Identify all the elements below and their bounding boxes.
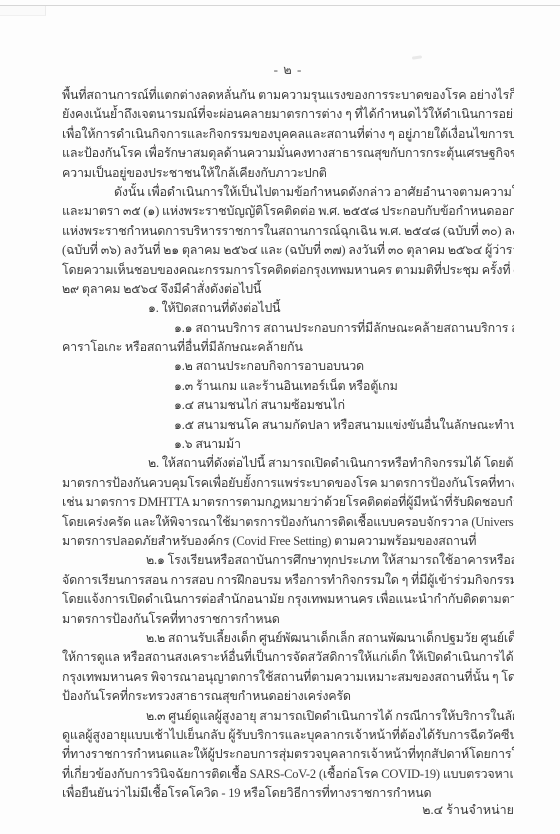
text-line: (ฉบับที่ ๓๖) ลงวันที่ ๒๑ ตุลาคม ๒๕๖๔ และ…	[62, 241, 514, 260]
page-body: - ๒ - พื้นที่สถานการณ์ที่แตกต่างลดหลั่นก…	[62, 60, 514, 803]
text-line: มาตรการป้องกันควบคุมโรคเพื่อยับยั้งการแพ…	[62, 474, 514, 493]
document-page: - ๒ - พื้นที่สถานการณ์ที่แตกต่างลดหลั่นก…	[0, 0, 560, 834]
item-2-2-continued: ให้การดูแล หรือสถานสงเคราะห์อื่นที่เป็นก…	[62, 648, 514, 667]
item-2-3: ๒.๓ ศูนย์ดูแลผู้สูงอายุ สามารถเปิดดำเนิน…	[62, 707, 514, 726]
text-line: และป้องกันโรค เพื่อรักษาสมดุลด้านความมั่…	[62, 144, 514, 163]
item-2-3-continued: ดูแลผู้สูงอายุแบบเช้าไปเย็นกลับ ผู้รับบร…	[62, 726, 514, 745]
item-2-1: ๒.๑ โรงเรียนหรือสถาบันการศึกษาทุกประเภท …	[62, 551, 514, 570]
catchword-next-section: ๒.๔ ร้านจำหน่าย	[62, 800, 514, 820]
item-2-3-continued: ที่เกี่ยวข้องกับการวินิจฉัยการติดเชื้อ S…	[62, 765, 514, 784]
item-1-1-continued: คาราโอเกะ หรือสถานที่อื่นที่มีลักษณะคล้า…	[62, 338, 514, 357]
section-1-heading: ๑. ให้ปิดสถานที่ดังต่อไปนี้	[62, 299, 514, 318]
text-line: พื้นที่สถานการณ์ที่แตกต่างลดหลั่นกัน ตาม…	[62, 86, 514, 105]
text-line: โดยเคร่งครัด และให้พิจารณาใช้มาตรการป้อง…	[62, 513, 514, 532]
item-2-3-continued: ที่ทางราชการกำหนดและให้ผู้ประกอบการสุ่มต…	[62, 745, 514, 764]
item-2-2: ๒.๒ สถานรับเลี้ยงเด็ก ศูนย์พัฒนาเด็กเล็ก…	[62, 629, 514, 648]
item-2-1-continued: โดยแจ้งการเปิดดำเนินการต่อสำนักอนามัย กร…	[62, 590, 514, 609]
text-line: ความเป็นอยู่ของประชาชนให้ใกล้เคียงกับภาว…	[62, 164, 514, 183]
page-number: - ๒ -	[62, 60, 514, 86]
item-1-1: ๑.๑ สถานบริการ สถานประกอบการที่มีลักษณะค…	[62, 319, 514, 338]
item-1-5: ๑.๕ สนามชนโค สนามกัดปลา หรือสนามแข่งขันอ…	[62, 416, 514, 435]
text-line: มาตรการปลอดภัยสำหรับองค์กร (Covid Free S…	[62, 532, 514, 551]
item-1-4: ๑.๔ สนามชนไก่ สนามซ้อมชนไก่	[62, 396, 514, 415]
item-2-2-continued: ป้องกันโรคที่กระทรวงสาธารณสุขกำหนดอย่างเ…	[62, 687, 514, 706]
text-line-paragraph-start: ดังนั้น เพื่อดำเนินการให้เป็นไปตามข้อกำห…	[62, 183, 514, 202]
text-line: แห่งพระราชกำหนดการบริหารราชการในสถานการณ…	[62, 222, 514, 241]
text-line: ๒๙ ตุลาคม ๒๕๖๔ จึงมีคำสั่งดังต่อไปนี้	[62, 280, 514, 299]
item-1-2: ๑.๒ สถานประกอบกิจการอาบอบนวด	[62, 357, 514, 376]
text-line: ยังคงเน้นย้ำถึงเจตนารมณ์ที่จะผ่อนคลายมาต…	[62, 105, 514, 124]
item-1-3: ๑.๓ ร้านเกม และร้านอินเทอร์เน็ต หรือตู้เ…	[62, 377, 514, 396]
scan-edge-line	[0, 5, 560, 6]
text-line: โดยความเห็นชอบของคณะกรรมการโรคติดต่อกรุง…	[62, 261, 514, 280]
item-2-2-continued: กรุงเทพมหานคร พิจารณาอนุญาตการใช้สถานที่…	[62, 668, 514, 687]
item-2-1-continued: จัดการเรียนการสอน การสอบ การฝึกอบรม หรือ…	[62, 571, 514, 590]
scan-corner-artifact	[0, 6, 46, 16]
item-1-6: ๑.๖ สนามม้า	[62, 435, 514, 454]
text-line: เพื่อให้การดำเนินกิจการและกิจกรรมของบุคค…	[62, 125, 514, 144]
section-2-heading: ๒. ให้สถานที่ดังต่อไปนี้ สามารถเปิดดำเนิ…	[62, 454, 514, 473]
text-line: เช่น มาตรการ DMHTTA มาตรการตามกฎหมายว่าด…	[62, 493, 514, 512]
text-line: และมาตรา ๓๕ (๑) แห่งพระราชบัญญัติโรคติดต…	[62, 202, 514, 221]
item-2-1-continued: มาตรการป้องกันโรคที่ทางราชการกำหนด	[62, 610, 514, 629]
